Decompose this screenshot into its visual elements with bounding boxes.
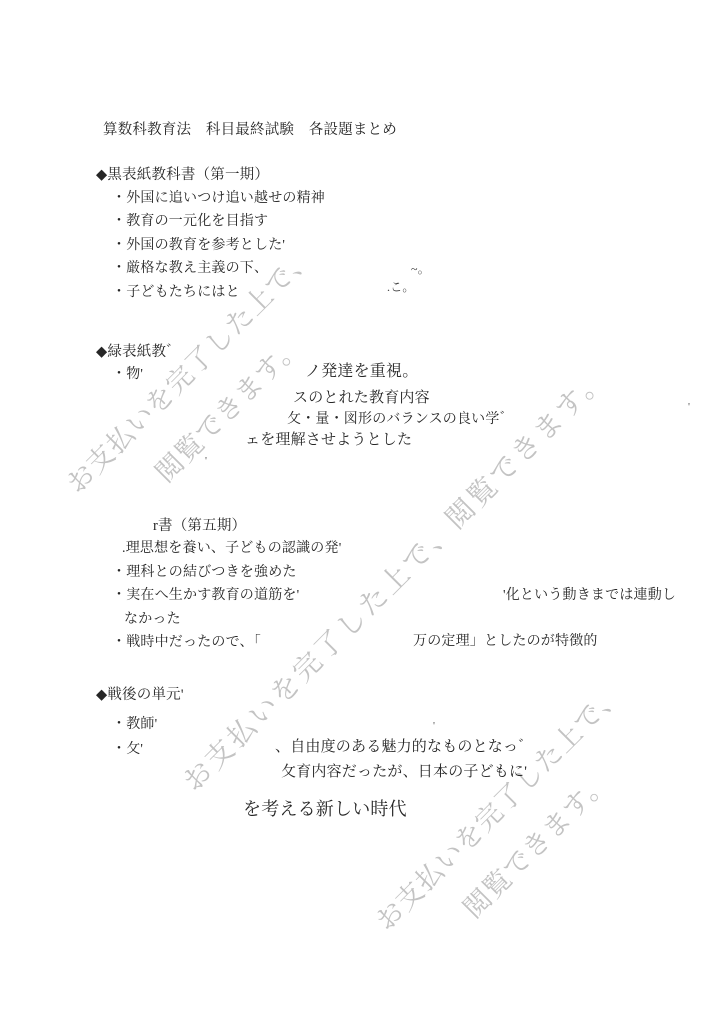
bullet-continuation: なかった [124, 611, 181, 629]
erased-fragment-line: 攵・量・図形のバランスの良い学゛ [287, 411, 514, 429]
section3-header: r書（第五期） [153, 517, 246, 535]
bullet-line: ・攵' [112, 741, 143, 759]
erased-fragment-line: 万の定理」としたのが特徴的 [413, 633, 598, 651]
erased-fragment-line: スのとれた教育内容 [293, 389, 430, 408]
bullet-line: ・教師' [112, 716, 157, 734]
bullet-line: ・物' [112, 366, 143, 384]
page-title: 算数科教育法 科目最終試験 各設題まとめ [103, 121, 397, 139]
erased-mark: ' [688, 401, 690, 415]
section2-header: ◆緑表紙教゛ [96, 343, 181, 361]
erased-fragment-line: ノ発達を重視。 [305, 362, 418, 382]
erased-fragment-line: 、自由度のある魅力的なものとなっ゛ [275, 738, 533, 757]
section1-header: ◆黒表紙教科書（第一期） [96, 166, 269, 184]
erased-mark: ' [433, 720, 435, 734]
erased-mark: ' [205, 455, 207, 469]
erased-fragment-line: .理思想を養い、子どもの認識の発' [122, 540, 341, 558]
erased-fragment: ~。 [411, 262, 430, 277]
bullet-line: ・戦時中だったので、「 [112, 634, 261, 652]
bullet-line: ・厳格な教え主義の下、 [112, 260, 268, 278]
bullet-line: ・外国の教育を参考とした' [112, 237, 285, 255]
bullet-line: ・外国に追いつけ追い越せの精神 [112, 190, 325, 208]
section4-header: ◆戦後の単元' [96, 686, 184, 704]
document-page: お支払いを完了した上で、 閲覧できます。 お支払いを完了した上で、閲覧できます。… [0, 0, 724, 1024]
erased-fragment-line: '化という動きまでは連動し [503, 587, 676, 605]
erased-fragment-line: を考える新しい時代 [243, 798, 407, 821]
bullet-line: ・教育の一元化を目指す [112, 213, 268, 231]
bullet-line: ・理科との結びつきを強めた [112, 564, 297, 582]
erased-fragment: .こ。 [387, 280, 415, 295]
erased-fragment-line: ェを理解させようとした [245, 431, 412, 450]
erased-fragment-line: 攵育内容だったが、日本の子どもに' [281, 763, 527, 782]
bullet-line: ・実在へ生かす教育の道筋を' [112, 587, 299, 605]
bullet-line: ・子どもたちにはと [112, 284, 240, 302]
payment-watermark: お支払いを完了した上で、 閲覧できます。 [362, 670, 674, 982]
